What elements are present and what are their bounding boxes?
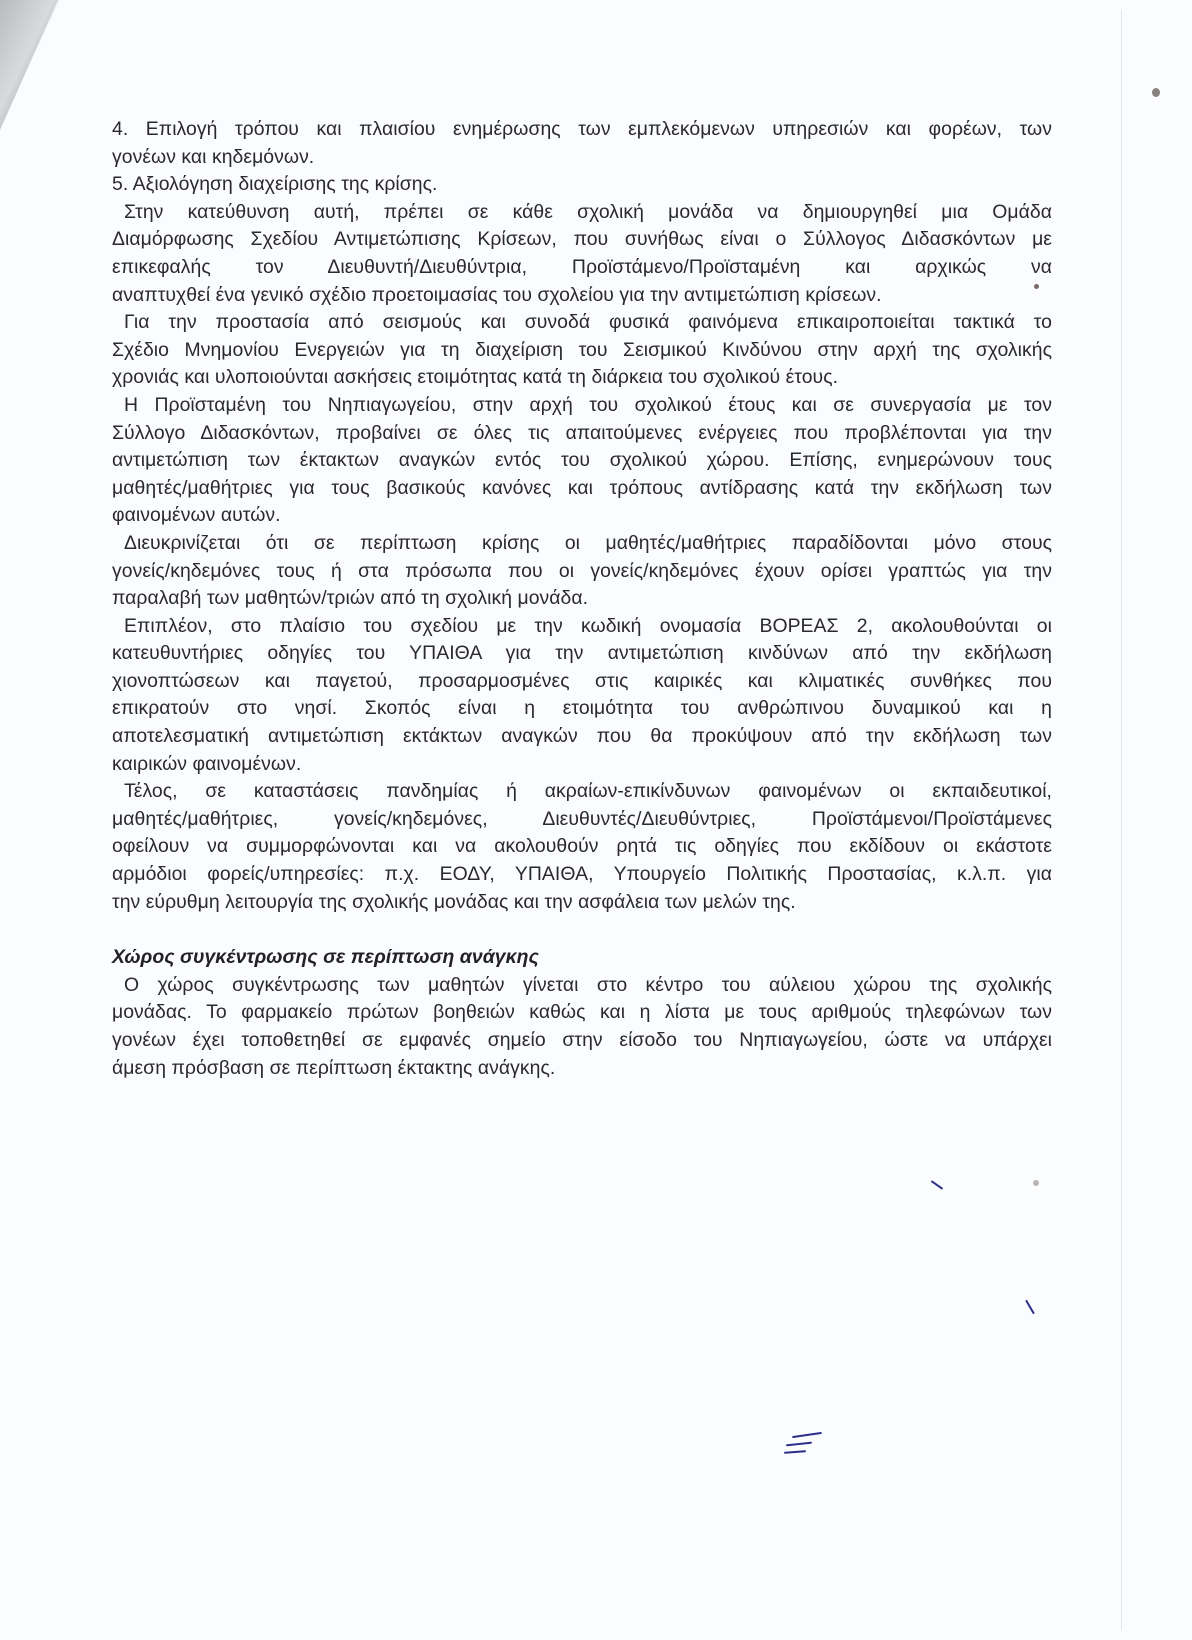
- paragraph-boreas: Επιπλέον, στο πλαίσιο του σχεδίου με την…: [112, 613, 1052, 779]
- signature-scribble: [786, 1442, 812, 1447]
- text-line: άμεση πρόσβαση σε περίπτωση έκτακτης ανά…: [112, 1055, 1052, 1083]
- text-line: 4. Επιλογή τρόπου και πλαισίου ενημέρωση…: [112, 116, 1052, 144]
- text-line: φαινομένων αυτών.: [112, 502, 1052, 530]
- text-line: μαθητές/μαθήτριες, γονείς/κηδεμόνες, Διε…: [112, 806, 1052, 834]
- text-line: Επιπλέον, στο πλαίσιο του σχεδίου με την…: [112, 613, 1052, 641]
- signature-scribble: [792, 1432, 822, 1438]
- text-line: 5. Αξιολόγηση διαχείρισης της κρίσης.: [112, 171, 1052, 199]
- list-item-4: 4. Επιλογή τρόπου και πλαισίου ενημέρωση…: [112, 116, 1052, 171]
- text-line: αναπτυχθεί ένα γενικό σχέδιο προετοιμασί…: [112, 282, 1052, 310]
- paragraph-head-teacher: Η Προϊσταμένη του Νηπιαγωγείου, στην αρχ…: [112, 392, 1052, 530]
- text-line: μαθητές/μαθήτριες για τους βασικούς κανό…: [112, 475, 1052, 503]
- page-corner-fold: [0, 0, 58, 130]
- list-item-5: 5. Αξιολόγηση διαχείρισης της κρίσης.: [112, 171, 1052, 199]
- text-line: αρμόδιοι φορείς/υπηρεσίες: π.χ. ΕΟΔΥ, ΥΠ…: [112, 861, 1052, 889]
- text-line: Ο χώρος συγκέντρωσης των μαθητών γίνεται…: [112, 972, 1052, 1000]
- paragraph-assembly-area: Ο χώρος συγκέντρωσης των μαθητών γίνεται…: [112, 972, 1052, 1082]
- text-line: αποτελεσματική αντιμετώπιση εκτάκτων ανα…: [112, 723, 1052, 751]
- text-line: Στην κατεύθυνση αυτή, πρέπει σε κάθε σχο…: [112, 199, 1052, 227]
- paragraph-earthquake: Για την προστασία από σεισμούς και συνοδ…: [112, 309, 1052, 392]
- text-line: Σχέδιο Μνημονίου Ενεργειών για τη διαχεί…: [112, 337, 1052, 365]
- document-body: 4. Επιλογή τρόπου και πλαισίου ενημέρωση…: [112, 116, 1052, 1082]
- text-line: γονέων και κηδεμόνων.: [112, 144, 1052, 172]
- text-line: μονάδας. Το φαρμακείο πρώτων βοηθειών κα…: [112, 999, 1052, 1027]
- text-line: Σύλλογο Διδασκόντων, προβαίνει σε όλες τ…: [112, 420, 1052, 448]
- text-line: γονείς/κηδεμόνες τους ή στα πρόσωπα που …: [112, 558, 1052, 586]
- text-line: επικρατούν στο νησί. Σκοπός είναι η ετοι…: [112, 695, 1052, 723]
- signature-scribble: [784, 1450, 806, 1454]
- text-line: την εύρυθμη λειτουργία της σχολικής μονά…: [112, 889, 1052, 917]
- text-line: οφείλουν να συμμορφώνονται και να ακολου…: [112, 833, 1052, 861]
- text-line: Η Προϊσταμένη του Νηπιαγωγείου, στην αρχ…: [112, 392, 1052, 420]
- pen-mark: [931, 1180, 944, 1190]
- paragraph-pickup: Διευκρινίζεται ότι σε περίπτωση κρίσης ο…: [112, 530, 1052, 613]
- text-line: Διαμόρφωσης Σχεδίου Αντιμετώπισης Κρίσεω…: [112, 226, 1052, 254]
- scan-speck: [1152, 88, 1160, 97]
- text-line: χιονοπτώσεων και παγετού, προσαρμοσμένες…: [112, 668, 1052, 696]
- pen-mark: [1025, 1300, 1035, 1315]
- section-heading: Χώρος συγκέντρωσης σε περίπτωση ανάγκης: [112, 944, 1052, 972]
- text-line: παραλαβή των μαθητών/τριών από τη σχολικ…: [112, 585, 1052, 613]
- text-line: Διευκρινίζεται ότι σε περίπτωση κρίσης ο…: [112, 530, 1052, 558]
- text-line: Για την προστασία από σεισμούς και συνοδ…: [112, 309, 1052, 337]
- text-line: γονέων έχει τοποθετηθεί σε εμφανές σημεί…: [112, 1027, 1052, 1055]
- paragraph-pandemic: Τέλος, σε καταστάσεις πανδημίας ή ακραίω…: [112, 778, 1052, 916]
- text-line: Τέλος, σε καταστάσεις πανδημίας ή ακραίω…: [112, 778, 1052, 806]
- page-right-edge: [1121, 10, 1122, 1630]
- text-line: χρονιάς και υλοποιούνται ασκήσεις ετοιμό…: [112, 364, 1052, 392]
- text-line: καιρικών φαινομένων.: [112, 751, 1052, 779]
- paragraph-crisis-team: Στην κατεύθυνση αυτή, πρέπει σε κάθε σχο…: [112, 199, 1052, 309]
- text-line: κατευθυντήριες οδηγίες του ΥΠΑΙΘΑ για τη…: [112, 640, 1052, 668]
- text-line: επικεφαλής τον Διευθυντή/Διευθύντρια, Πρ…: [112, 254, 1052, 282]
- scan-speck: [1033, 1180, 1039, 1186]
- text-line: αντιμετώπιση των έκτακτων αναγκών εντός …: [112, 447, 1052, 475]
